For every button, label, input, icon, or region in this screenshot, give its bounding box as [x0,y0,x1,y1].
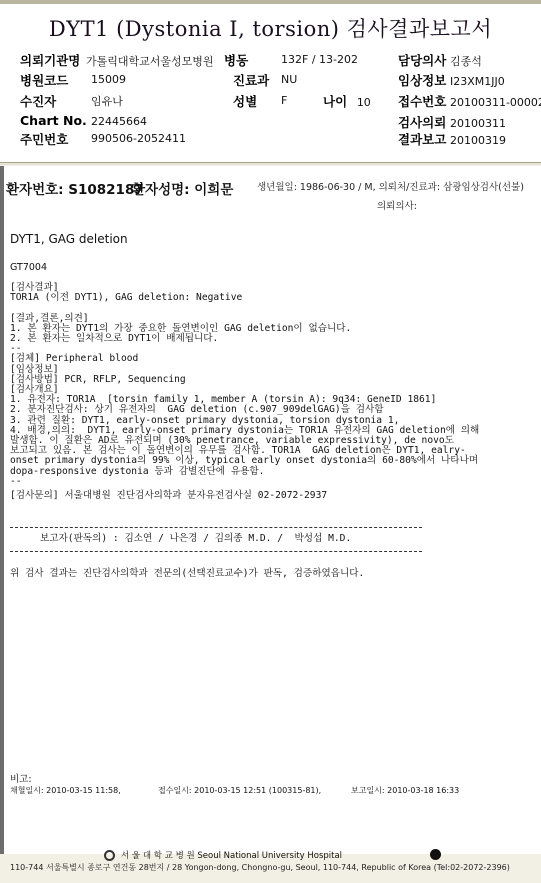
field-requesting-institution: 의뢰기관명 가톨릭대학교서울성모병원 [20,51,214,69]
verification-statement: 위 검사 결과는 진단검사의학과 전문의(선택진료교수)가 판독, 검증하였읍니… [10,569,364,579]
dashed-divider [10,527,422,528]
body-line: -- [10,477,479,487]
inquiry-line: [검사문의] 서울대병원 진단검사의학과 분자유전검사실 02-2072-293… [10,491,479,501]
field-receipt-no: 접수번호 20100311-00002 [398,92,541,110]
body-line: dopa-responsive dystonia 등과 감별진단에 유용함. [10,467,479,477]
chart-no-value: 22445664 [91,115,147,128]
dashed-divider [10,551,422,552]
field-resident-no: 주민번호 [20,130,68,148]
ward-value: 132F / 13-202 [281,53,358,66]
test-name: DYT1, GAG deletion [10,232,128,246]
hospital-address: 110-744 서울특별시 종로구 연건동 28번지 / 28 Yongon-d… [10,862,510,873]
body-line: [검사방법] PCR, RFLP, Sequencing [10,375,479,385]
hospital-name: 서 울 대 학 교 병 원 Seoul National University … [104,849,342,861]
test-code: GT7004 [10,262,47,273]
body-line: TOR1A (이전 DYT1), GAG deletion: Negative [10,293,479,303]
receipt-time: 접수일시: 2010-03-15 12:51 (100315-81), [158,785,321,796]
report-time: 보고일시: 2010-03-18 16:33 [351,785,459,796]
collection-time: 채혈일시: 2010-03-15 11:58, [10,785,121,796]
patient-number: 환자번호: S1082187 [6,178,144,198]
body-line: [검체] Peripheral blood [10,354,479,364]
field-clinical-info: 임상정보 I23XM1JJ0 [398,71,505,89]
report-header: DYT1 (Dystonia I, torsion) 검사결과보고서 의뢰기관명… [0,4,541,162]
reporters: 보고자(판독의) : 김소연 / 나은경 / 김의종 M.D. / 박성섭 M.… [40,534,351,544]
remarks-label: 비고: [10,771,32,785]
field-hospital-code: 병원코드 [20,71,68,89]
hospital-emblem-icon [104,850,115,861]
section-divider [0,162,541,165]
field-patient: 수진자 [20,92,56,110]
field-chart-no: Chart No. [20,113,87,128]
birth-and-referral: 생년월일: 1986-06-30 / M, 의뢰처/진료과: 삼광임상검사(선불… [257,179,524,193]
field-attending-doctor: 담당의사 김종석 [398,51,482,69]
field-sex: 성별 [233,92,257,110]
field-department: 진료과 [233,71,269,89]
report-body: [검사결과]TOR1A (이전 DYT1), GAG deletion: Neg… [10,283,479,501]
field-ward: 병동 [224,51,248,69]
department-value: NU [281,73,297,86]
seal-dot-icon [430,849,441,860]
field-result-report: 결과보고 20100319 [398,130,506,148]
referring-doctor: 의뢰의사: [377,198,417,212]
patient-value: 임유나 [91,95,123,108]
report-title: DYT1 (Dystonia I, torsion) 검사결과보고서 [0,13,541,43]
field-age: 나이 10 [323,92,371,110]
report-document: 환자번호: S1082187 환자성명: 이희문 생년월일: 1986-06-3… [0,166,541,854]
body-line: 2. 본 환자는 일차적으로 DYT1이 배제됩니다. [10,334,479,344]
hospital-code-value: 15009 [91,73,126,86]
resident-no-value: 990506-2052411 [91,132,186,145]
patient-name: 환자성명: 이희문 [132,178,233,198]
sex-value: F [281,94,287,107]
field-test-request: 검사의뢰 20100311 [398,113,506,131]
